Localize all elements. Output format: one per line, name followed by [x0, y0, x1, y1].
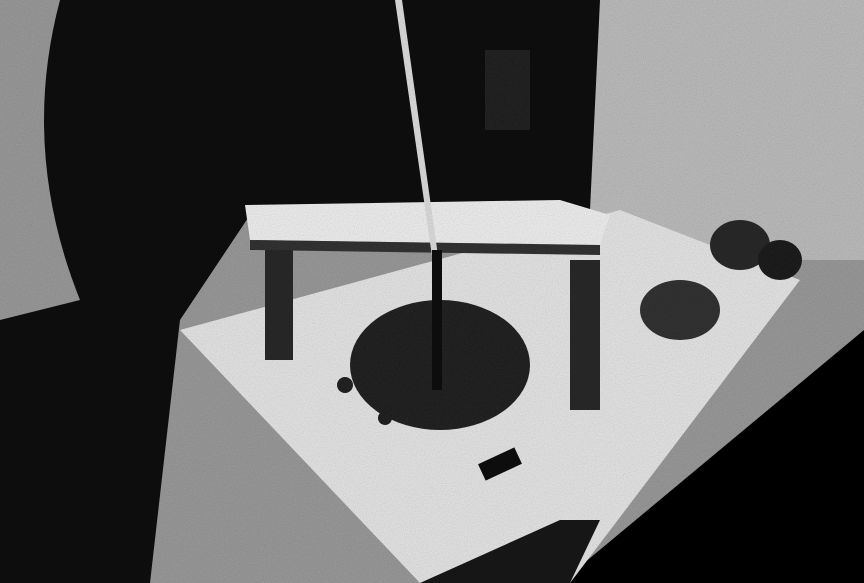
photograph	[0, 0, 864, 583]
small-knob	[337, 377, 353, 393]
right-post	[570, 260, 600, 410]
knob-far	[758, 240, 802, 280]
cylinder	[485, 50, 530, 130]
knob-large	[640, 280, 720, 340]
left-post	[265, 250, 293, 360]
apparatus-illustration	[0, 0, 864, 583]
